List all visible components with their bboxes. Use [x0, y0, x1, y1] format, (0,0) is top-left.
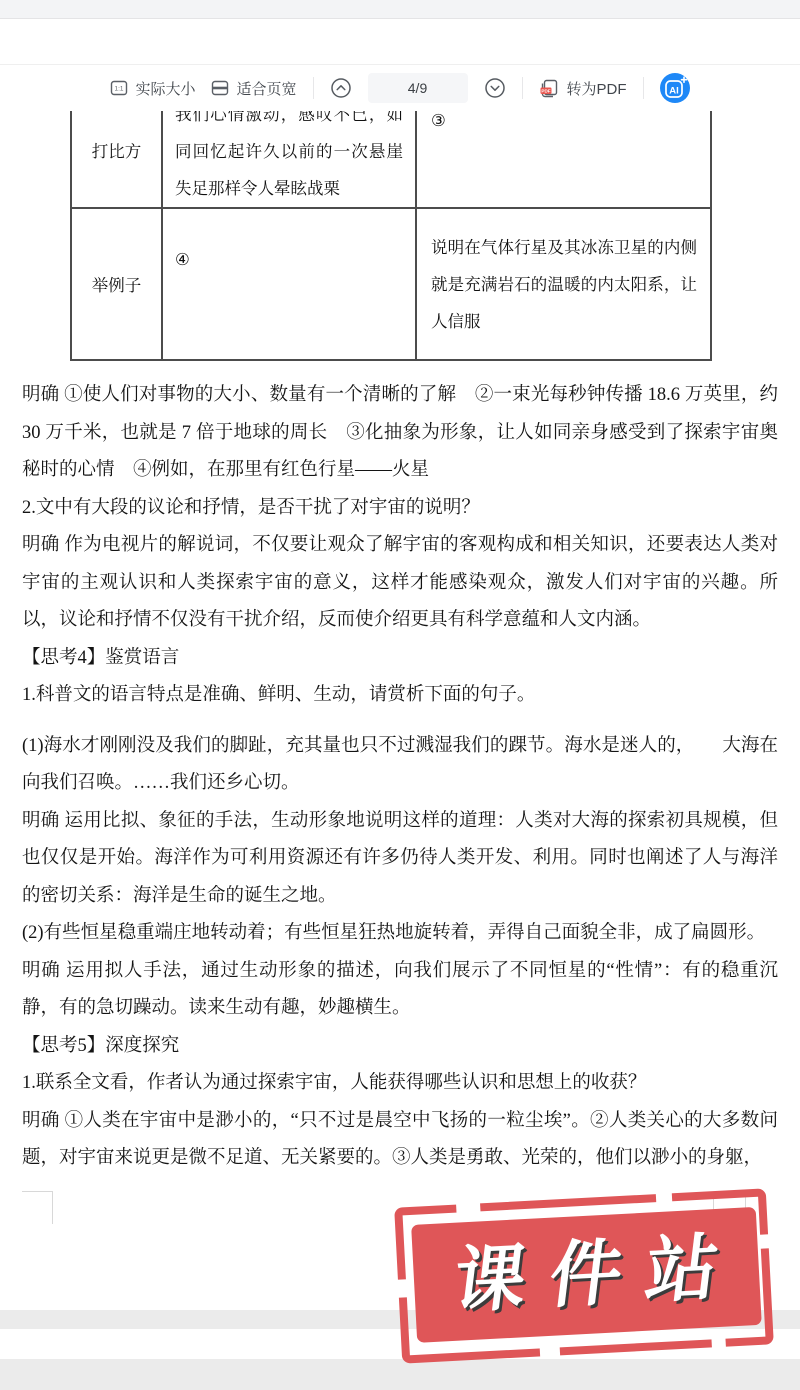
document-body: 明确 ①使人们对事物的大小、数量有一个清晰的了解 ②一束光每秒钟传播 18.6 … [22, 377, 778, 1178]
page-gap-band [0, 1359, 800, 1390]
actual-size-button[interactable]: 1:1 实际大小 [110, 78, 195, 99]
watermark-stamp: 课件站 [394, 1188, 774, 1363]
chevron-down-icon [484, 77, 506, 99]
svg-text:1:1: 1:1 [115, 86, 124, 93]
toolbar-divider [522, 77, 523, 99]
stamp-text: 课件站 [450, 1230, 747, 1318]
paragraph: 明确 运用拟人手法，通过生动形象的描述，向我们展示了不同恒星的“性情”：有的稳重… [22, 953, 778, 1028]
previous-page-button[interactable] [330, 77, 352, 99]
pdf-toolbar: 1:1 实际大小 适合页宽 4/9 [0, 19, 800, 110]
paragraph: 明确 运用比拟、象征的手法，生动形象地说明这样的道理：人类对大海的探索初具规模，… [22, 803, 778, 916]
section-heading: 【思考4】鉴赏语言 [22, 640, 778, 678]
fit-width-icon [211, 79, 229, 97]
next-page-button[interactable] [484, 77, 506, 99]
toolbar-divider [643, 77, 644, 99]
toolbar-divider [313, 77, 314, 99]
paragraph: (2)有些恒星稳重端庄地转动着；有些恒星狂热地旋转着，弄得自己面貌全非，成了扁圆… [22, 915, 778, 953]
ai-icon: AI [661, 74, 689, 102]
ai-assistant-button[interactable]: AI [660, 73, 690, 103]
actual-size-icon: 1:1 [110, 79, 128, 97]
page-indicator[interactable]: 4/9 [368, 73, 468, 103]
svg-text:AI: AI [669, 85, 679, 96]
table-cell-effect: 说明在气体行星及其冰冻卫星的内侧就是充满岩石的温暖的内太阳系，让人信服 [417, 209, 710, 340]
browser-top-strip [0, 0, 800, 19]
paragraph: (1)海水才刚刚没及我们的脚趾，充其量也只不过溅湿我们的踝节。海水是迷人的， 大… [22, 728, 778, 803]
chevron-up-icon [330, 77, 352, 99]
stamp-body: 课件站 [411, 1207, 762, 1343]
section-heading: 【思考5】深度探究 [22, 1028, 778, 1066]
rhetoric-table: 打比方 我们心情激动，感叹不已，如同回忆起许久以前的一次悬崖失足那样令人晕眩战栗… [70, 90, 712, 361]
paragraph: 2.文中有大段的议论和抒情，是否干扰了对宇宙的说明？ [22, 490, 778, 528]
paragraph: 1.科普文的语言特点是准确、鲜明、生动，请赏析下面的句子。 [22, 677, 778, 715]
fit-width-button[interactable]: 适合页宽 [211, 78, 296, 99]
pdf-page: 打比方 我们心情激动，感叹不已，如同回忆起许久以前的一次悬崖失足那样令人晕眩战栗… [0, 0, 800, 1310]
actual-size-label: 实际大小 [135, 78, 195, 99]
toolbar-row: 1:1 实际大小 适合页宽 4/9 [0, 64, 800, 111]
page-indicator-text: 4/9 [408, 80, 427, 96]
paragraph: 明确 ①使人们对事物的大小、数量有一个清晰的了解 ②一束光每秒钟传播 18.6 … [22, 377, 778, 490]
table-corner-mark [22, 1191, 53, 1224]
paragraph: 1.联系全文看，作者认为通过探索宇宙，人能获得哪些认识和思想上的收获？ [22, 1065, 778, 1103]
fit-width-label: 适合页宽 [236, 78, 296, 99]
table-row: 举例子 ④ 说明在气体行星及其冰冻卫星的内侧就是充满岩石的温暖的内太阳系，让人信… [71, 208, 711, 360]
convert-to-pdf-button[interactable]: PDF 转为PDF [539, 78, 627, 99]
table-cell-method: 举例子 [71, 208, 162, 360]
convert-to-pdf-label: 转为PDF [567, 78, 627, 99]
pdf-icon: PDF [539, 78, 560, 99]
paragraph: 明确 ①人类在宇宙中是渺小的，“只不过是晨空中飞扬的一粒尘埃”。②人类关心的大多… [22, 1103, 778, 1178]
table-cell-example: ④ [163, 209, 415, 278]
svg-text:PDF: PDF [541, 88, 550, 93]
paragraph: 明确 作为电视片的解说词，不仅要让观众了解宇宙的客观构成和相关知识，还要表达人类… [22, 527, 778, 640]
